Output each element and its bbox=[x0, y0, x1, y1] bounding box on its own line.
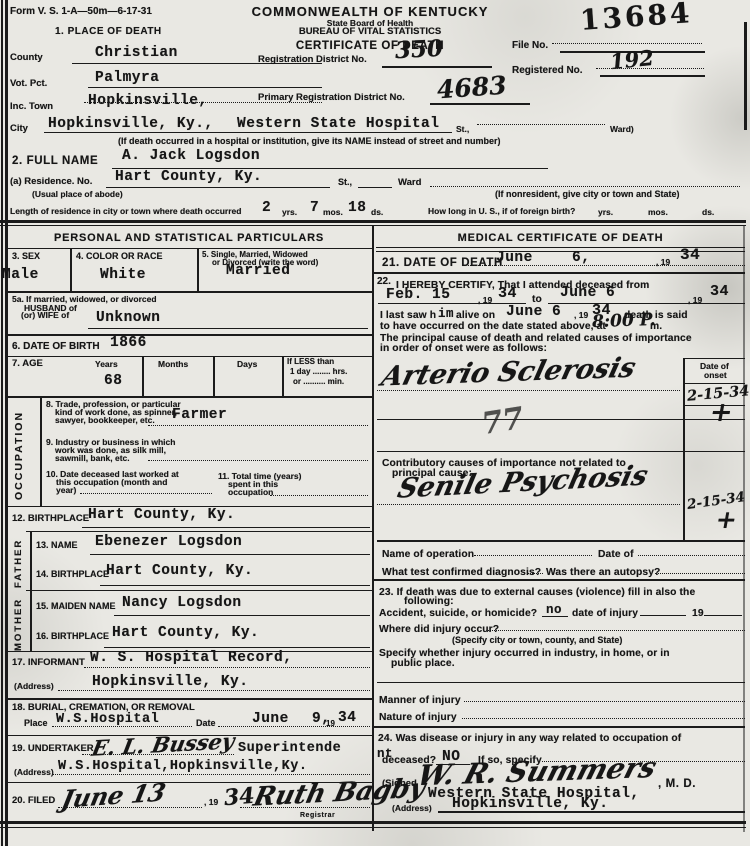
right-border-top bbox=[744, 22, 747, 130]
undertaker-address-line bbox=[52, 774, 370, 775]
operation-line bbox=[474, 555, 592, 556]
age-less-line2: 1 day ........ hrs. bbox=[290, 368, 347, 377]
operation-row-rule bbox=[374, 579, 745, 581]
file-number-stamp: 13684 bbox=[579, 0, 693, 36]
attended-from-date: Feb. 15 bbox=[386, 288, 450, 304]
registered-no-label: Registered No. bbox=[512, 66, 583, 77]
age-label: 7. AGE bbox=[12, 359, 43, 369]
attended-to-date: June 6 bbox=[560, 286, 615, 302]
informant-address-line bbox=[58, 690, 370, 691]
last-worked-line bbox=[80, 493, 212, 494]
signed-label: (Signed bbox=[382, 779, 417, 789]
specify-injury-text-2: public place. bbox=[391, 658, 455, 669]
foreign-birth-label: How long in U. S., if of foreign birth? bbox=[428, 207, 575, 216]
registered-no-value: 192 bbox=[609, 47, 655, 74]
length-days-value: 18 bbox=[348, 201, 366, 217]
birthplace-row-rule bbox=[26, 531, 372, 532]
residence-label: (a) Residence. No. bbox=[10, 177, 92, 187]
registration-district-label: Registration District No. bbox=[258, 55, 367, 65]
registered-no-rule bbox=[600, 75, 705, 77]
undertaker-address-value: W.S.Hospital,Hopkinsville,Ky. bbox=[58, 760, 307, 775]
injury-section-rule bbox=[377, 682, 745, 683]
informant-row-rule bbox=[8, 698, 372, 700]
burial-place-label: Place bbox=[24, 719, 48, 729]
attended-from-year: 34 bbox=[498, 286, 517, 302]
sex-cell-divider bbox=[70, 248, 72, 291]
residence-st-label: St., bbox=[338, 178, 352, 188]
industry-line bbox=[148, 460, 368, 461]
onset-header-line2: onset bbox=[704, 371, 727, 380]
place-of-death-label: 1. PLACE OF DEATH bbox=[55, 27, 162, 38]
total-time-line bbox=[270, 495, 368, 496]
inc-town-rule bbox=[84, 102, 322, 103]
trade-label-line3: sawyer, bookkeeper, etc. bbox=[55, 416, 155, 425]
nature-line bbox=[462, 718, 745, 719]
cause-cross-mark: + bbox=[707, 398, 735, 427]
physician-address-label: (Address) bbox=[392, 804, 432, 813]
last-saw-text-2: alive on bbox=[456, 310, 495, 321]
principal-cause-value: Arterio Sclerosis bbox=[378, 353, 638, 391]
registration-district-value: 350 bbox=[394, 37, 443, 64]
residence-ward-label: Ward bbox=[398, 178, 421, 188]
contributory-cross-mark: + bbox=[714, 506, 740, 533]
onset-box-top bbox=[683, 358, 745, 359]
wife-of-label: (or) WIFE of bbox=[21, 311, 69, 320]
last-worked-label-line3: year) bbox=[56, 486, 76, 495]
form-number: Form V. S. 1-A—50m—6-17-31 bbox=[10, 7, 152, 18]
mother-divider bbox=[30, 590, 32, 651]
death-certificate-scan: Form V. S. 1-A—50m—6-17-31 COMMONWEALTH … bbox=[0, 0, 750, 846]
burial-date-label: Date bbox=[196, 719, 216, 729]
primary-district-rule bbox=[430, 103, 530, 105]
total-time-label-line3: occupation bbox=[228, 488, 273, 497]
marital-value: Married bbox=[226, 264, 290, 280]
undertaker-label: 19. UNDERTAKER bbox=[12, 744, 94, 754]
primary-district-value: 4683 bbox=[436, 72, 507, 104]
physician-address-rule bbox=[438, 811, 745, 813]
certificate-title: CERTIFICATE OF DEATH bbox=[225, 40, 515, 52]
industry-label-line3: sawmill, bank, etc. bbox=[55, 454, 130, 463]
autopsy-line bbox=[655, 573, 745, 574]
institution-note: (If death occurred in a hospital or inst… bbox=[118, 137, 501, 147]
city-rule bbox=[44, 132, 452, 133]
autopsy-label: Was there an autopsy? bbox=[546, 567, 660, 578]
principal-cause-text-2: in order of onset were as follows: bbox=[380, 343, 547, 354]
city-label: City bbox=[10, 124, 28, 134]
father-birthplace-value: Hart County, Ky. bbox=[106, 564, 253, 580]
bureau-subtitle: BUREAU OF VITAL STATISTICS bbox=[225, 27, 515, 37]
occurred-text: to have occurred on the date stated abov… bbox=[380, 321, 606, 332]
city-ward-label: Ward) bbox=[610, 125, 634, 134]
residence-rule bbox=[106, 187, 330, 188]
commonwealth-title: COMMONWEALTH OF KENTUCKY bbox=[225, 5, 515, 19]
length-months-value: 7 bbox=[310, 201, 319, 217]
occupation-side-label: OCCUPATION bbox=[14, 410, 25, 500]
accident-underline bbox=[542, 616, 568, 617]
dod-line bbox=[468, 265, 745, 266]
last-saw-date: June 6 bbox=[506, 305, 561, 321]
section-divider-heavy bbox=[0, 220, 746, 223]
file-no-label: File No. bbox=[512, 41, 548, 52]
column-divider bbox=[372, 225, 374, 831]
trade-value: Farmer bbox=[172, 408, 227, 424]
dob-label: 6. DATE OF BIRTH bbox=[12, 342, 100, 353]
institution-value: Western State Hospital bbox=[237, 117, 439, 133]
date-of-death-label: 21. DATE OF DEATH bbox=[382, 257, 503, 269]
burial-place-line bbox=[52, 726, 192, 727]
last-saw-text-1: I last saw h bbox=[380, 310, 436, 321]
burial-date-year: 34 bbox=[338, 711, 356, 727]
cause-line-2 bbox=[377, 419, 745, 420]
left-border-outer bbox=[1, 0, 3, 846]
informant-line bbox=[84, 667, 370, 668]
age-less-line1: If LESS than bbox=[287, 358, 334, 367]
informant-address-label: (Address) bbox=[14, 682, 54, 691]
mother-side-label: MOTHER bbox=[14, 599, 24, 651]
age-years-value: 68 bbox=[104, 374, 122, 390]
voting-precinct-value: Palmyra bbox=[95, 71, 159, 87]
city-st-line bbox=[477, 124, 605, 125]
last-saw-him: im bbox=[438, 308, 454, 322]
filed-label: 20. FILED bbox=[12, 796, 55, 806]
certify-line-1 bbox=[378, 303, 526, 304]
filed-printed-19: , 19 bbox=[204, 798, 218, 807]
time-of-death-value: 8:00 P. bbox=[592, 311, 656, 332]
injury-date-line bbox=[640, 615, 686, 616]
inc-town-label: Inc. Town bbox=[10, 102, 53, 112]
manner-line bbox=[464, 701, 745, 702]
registrar-line bbox=[240, 807, 370, 808]
accident-label: Accident, suicide, or homicide? bbox=[379, 608, 537, 619]
informant-address-value: Hopkinsville, Ky. bbox=[92, 675, 248, 691]
md-label: , M. D. bbox=[658, 778, 696, 790]
birthplace-value: Hart County, Ky. bbox=[88, 508, 235, 524]
spouse-value: Unknown bbox=[96, 311, 160, 327]
personal-particulars-title: PERSONAL AND STATISTICAL PARTICULARS bbox=[8, 233, 370, 245]
birthplace-rule bbox=[82, 527, 370, 528]
informant-value: W. S. Hospital Record, bbox=[90, 651, 292, 667]
abode-note: (Usual place of abode) bbox=[32, 190, 123, 199]
full-name-label: 2. FULL NAME bbox=[12, 155, 98, 167]
right-border bbox=[743, 226, 745, 832]
spouse-rule bbox=[88, 328, 368, 329]
cause-line-3 bbox=[377, 451, 745, 452]
length-years-value: 2 bbox=[262, 201, 271, 217]
age-years-header: Years bbox=[95, 360, 118, 369]
where-injury-note: (Specify city or town, county, and State… bbox=[452, 636, 622, 646]
length-yrs-unit: yrs. bbox=[282, 208, 297, 217]
bottom-border-heavy bbox=[0, 821, 746, 824]
nature-of-injury-label: Nature of injury bbox=[379, 712, 457, 723]
where-injury-label: Where did injury occur? bbox=[379, 624, 499, 635]
father-birthplace-label: 14. BIRTHPLACE bbox=[36, 570, 109, 580]
birthplace-label: 12. BIRTHPLACE bbox=[12, 514, 89, 524]
mother-birthplace-rule bbox=[104, 647, 370, 648]
sex-label: 3. SEX bbox=[12, 252, 40, 262]
trade-line bbox=[148, 425, 368, 426]
saw-printed-19: , 19 bbox=[574, 311, 588, 320]
injury-19-label: 19 bbox=[692, 608, 704, 619]
time-m-label: m. bbox=[650, 321, 662, 332]
age-cell-divider-3 bbox=[282, 356, 284, 396]
registration-district-rule bbox=[382, 66, 492, 68]
mother-name-rule bbox=[114, 615, 370, 616]
age-days-header: Days bbox=[237, 360, 257, 369]
file-no-line bbox=[552, 43, 702, 44]
full-name-value: A. Jack Logsdon bbox=[122, 149, 260, 165]
county-value: Christian bbox=[95, 46, 178, 62]
cause-line-1 bbox=[377, 390, 680, 391]
nature-row-rule bbox=[374, 726, 745, 728]
residence-ward-line bbox=[430, 186, 740, 187]
bottom-border-thin bbox=[0, 827, 746, 828]
attended-to-year: 34 bbox=[710, 284, 729, 300]
left-header-rule bbox=[8, 248, 372, 249]
occupation-divider bbox=[40, 396, 42, 506]
undertaker-signature: E. L. Bussey bbox=[90, 730, 237, 760]
foreign-yrs-unit: yrs. bbox=[598, 208, 613, 217]
contributory-row-rule bbox=[377, 540, 745, 542]
father-divider bbox=[30, 531, 32, 591]
operation-label: Name of operation bbox=[382, 549, 474, 560]
left-border-inner bbox=[5, 0, 8, 846]
contributory-line bbox=[377, 504, 680, 505]
color-cell-divider bbox=[197, 248, 199, 291]
father-name-label: 13. NAME bbox=[36, 541, 78, 551]
operation-date-line bbox=[638, 555, 745, 556]
mother-name-value: Nancy Logsdon bbox=[122, 596, 242, 612]
father-name-value: Ebenezer Logsdon bbox=[95, 535, 242, 551]
residence-st-line bbox=[358, 187, 392, 188]
foreign-ds-unit: ds. bbox=[702, 208, 714, 217]
spouse-row-rule bbox=[8, 334, 372, 336]
color-race-value: White bbox=[100, 268, 146, 284]
age-cell-divider-1 bbox=[142, 356, 144, 396]
mother-birthplace-value: Hart County, Ky. bbox=[112, 626, 259, 642]
foreign-mos-unit: mos. bbox=[648, 208, 668, 217]
burial-date-month: June bbox=[252, 712, 289, 728]
age-less-line3: or .......... min. bbox=[293, 378, 344, 387]
color-race-label: 4. COLOR OR RACE bbox=[76, 252, 163, 262]
father-side-label: FATHER bbox=[14, 538, 24, 588]
county-label: County bbox=[10, 53, 43, 63]
city-st-label: St., bbox=[456, 125, 469, 134]
occupation-related-text: 24. Was disease or injury in any way rel… bbox=[378, 733, 681, 744]
length-ds-unit: ds. bbox=[371, 208, 383, 217]
residence-value: Hart County, Ky. bbox=[115, 170, 262, 186]
voting-precinct-rule bbox=[88, 87, 322, 88]
nonresident-note: (If nonresident, give city or town and S… bbox=[495, 190, 680, 200]
filed-date-line bbox=[58, 807, 202, 808]
medical-certificate-title: MEDICAL CERTIFICATE OF DEATH bbox=[376, 233, 745, 245]
operation-date-label: Date of bbox=[598, 549, 634, 560]
father-name-rule bbox=[90, 554, 370, 555]
injury-year-line bbox=[704, 615, 742, 616]
test-confirmed-label: What test confirmed diagnosis? bbox=[382, 567, 541, 578]
undertaker-address-label: (Address) bbox=[14, 768, 54, 777]
age-row-rule bbox=[8, 396, 372, 398]
date-of-death-year: 34 bbox=[680, 247, 700, 264]
undertaker-title: Superintende bbox=[238, 742, 341, 757]
length-residence-label: Length of residence in city or town wher… bbox=[10, 207, 241, 216]
dob-value: 1866 bbox=[110, 336, 147, 352]
informant-label: 17. INFORMANT bbox=[12, 658, 85, 668]
mother-birthplace-label: 16. BIRTHPLACE bbox=[36, 632, 109, 642]
dod-row-rule bbox=[374, 272, 745, 274]
registrar-label: Registrar bbox=[300, 812, 335, 820]
registered-no-line bbox=[596, 68, 704, 69]
sex-value: Male bbox=[2, 268, 39, 284]
cause-scribble: 77 bbox=[480, 403, 526, 442]
external-causes-text-2: following: bbox=[404, 596, 454, 607]
onset-box-left bbox=[683, 358, 685, 542]
where-injury-line bbox=[488, 630, 745, 631]
burial-printed-19: 19 bbox=[326, 720, 335, 729]
test-line bbox=[527, 573, 543, 574]
city-value: Hopkinsville, Ky., bbox=[48, 117, 214, 133]
voting-precinct-label: Vot. Pct. bbox=[10, 79, 47, 89]
age-cell-divider-2 bbox=[213, 356, 215, 396]
father-row-rule bbox=[26, 590, 372, 591]
injury-date-label: date of injury bbox=[572, 608, 638, 619]
sex-row-rule bbox=[8, 291, 372, 293]
certify-line-2 bbox=[548, 303, 745, 304]
mother-name-label: 15. MAIDEN NAME bbox=[36, 602, 116, 612]
age-months-header: Months bbox=[158, 360, 188, 369]
father-birthplace-rule bbox=[100, 585, 370, 586]
manner-of-injury-label: Manner of injury bbox=[379, 695, 461, 706]
length-mos-unit: mos. bbox=[323, 208, 343, 217]
